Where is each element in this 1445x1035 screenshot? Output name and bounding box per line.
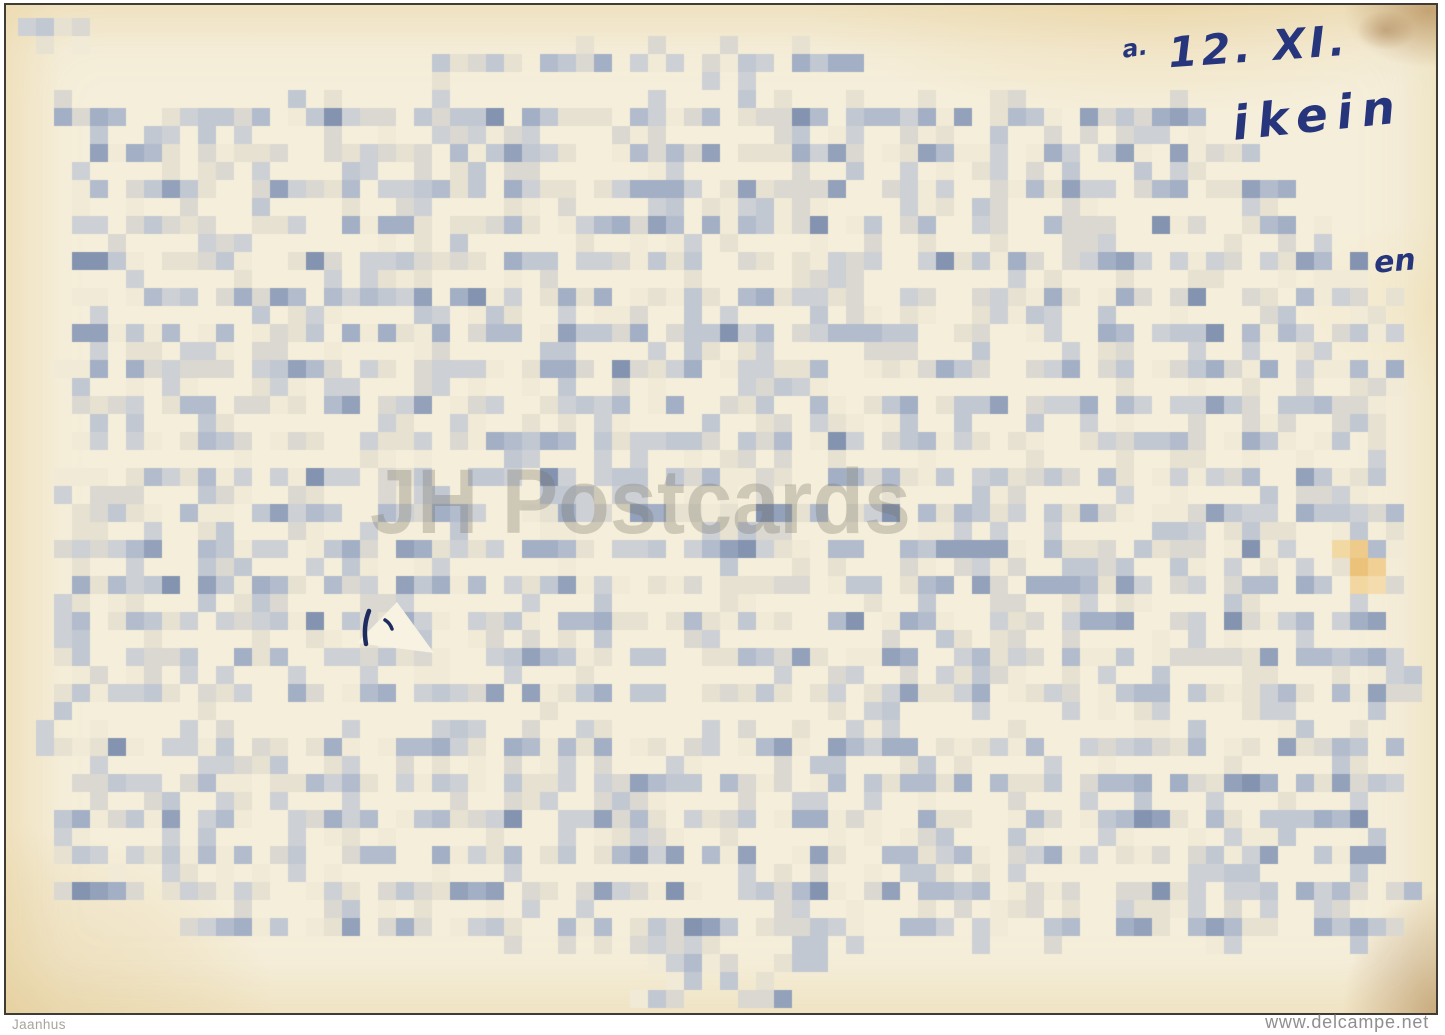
postcard-back-scan — [4, 3, 1438, 1015]
postcard-scan-image: a. 12. XI. ikein en JH Postcards Jaanhus… — [0, 0, 1445, 1035]
delcampe-url-watermark: www.delcampe.net — [1265, 1012, 1429, 1033]
seller-name-watermark: Jaanhus — [12, 1017, 66, 1032]
